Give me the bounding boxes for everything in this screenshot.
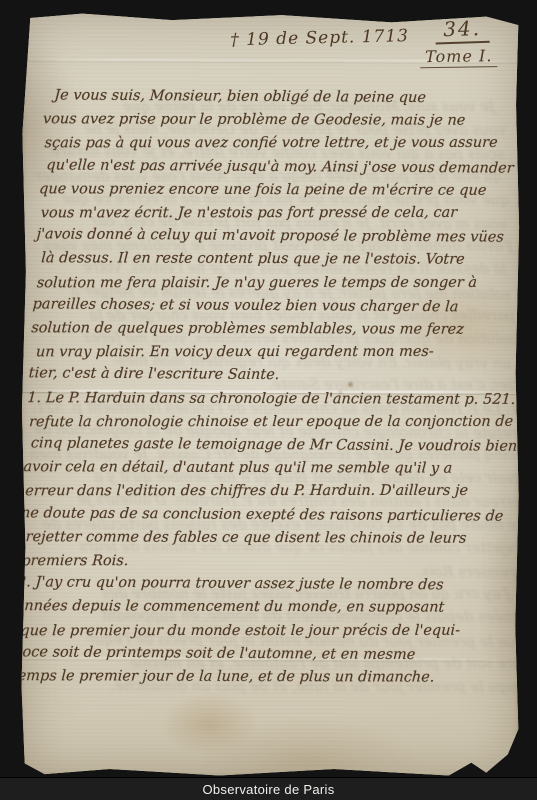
manuscript-line: noce soit de printemps soit de l'automne… (20, 641, 502, 668)
manuscript-line: vous avez prise pour le problème de Geod… (42, 108, 521, 133)
manuscript-line: un vray plaisir. En voicy deux qui regar… (35, 341, 518, 365)
date-annotation: † 19 de Sept. 1713 (230, 26, 409, 50)
manuscript-line: là dessus. Il en reste content plus que … (41, 248, 522, 273)
manuscript-line: qu'elle n'est pas arrivée jusqu'à moy. A… (46, 154, 522, 181)
caption-text: Observatoire de Paris (202, 782, 334, 797)
document-number: 34. (435, 16, 490, 45)
manuscript-line: que le premier jour du monde estoit le j… (20, 619, 503, 643)
manuscript-line: solution de quelques problèmes semblable… (31, 317, 520, 342)
manuscript-line: erreur dans l'edition des chiffres du P.… (25, 480, 511, 504)
volume-label: Tome I. (420, 46, 497, 68)
manuscript-line: vous m'avez écrit. Je n'estois pas fort … (40, 202, 521, 226)
manuscript-line: avoir cela en détail, d'autant plus qu'i… (23, 456, 512, 481)
manuscript-line: refute la chronologie chinoise et leur e… (28, 411, 514, 435)
manuscript-line: rejetter comme des fables ce que disent … (25, 526, 508, 551)
manuscript-line: Je vous suis, Monsieur, bien obligé de l… (54, 84, 522, 111)
caption-bar: Observatoire de Paris (0, 777, 537, 800)
manuscript-line: années depuis le commencement du monde, … (20, 596, 505, 621)
photo-background: † 19 de Sept. 1713 34. Tome I. Je vous s… (0, 0, 537, 800)
manuscript-line: tier, c'est à dire l'escriture Sainte. (28, 363, 517, 390)
manuscript-line: 1. Le P. Harduin dans sa chronologie de … (27, 387, 516, 412)
manuscript-line: 2. J'ay cru qu'on pourra trouver assez j… (20, 572, 506, 599)
manuscript-line: ne doute pas de sa conclusion exepté des… (20, 502, 509, 529)
manuscript-line: sçais pas à qui vous avez confié votre l… (44, 132, 521, 156)
manuscript-page: † 19 de Sept. 1713 34. Tome I. Je vous s… (20, 11, 522, 779)
manuscript-body: Je vous suis, Monsieur, bien obligé de l… (20, 85, 522, 690)
manuscript-line: pareilles choses; et si vous voulez bien… (32, 293, 521, 320)
manuscript-line: temps le premier jour de la lune, et de … (20, 665, 501, 690)
manuscript-line: solution me fera plaisir. Je n'ay gueres… (36, 271, 521, 295)
manuscript-line: premiers Rois. (21, 550, 507, 574)
manuscript-line: j'avois donné à celuy qui m'avoit propos… (36, 224, 522, 251)
manuscript-line: que vous preniez encore une fois la pein… (38, 178, 521, 203)
manuscript-line: cinq planetes gaste le temoignage de Mr … (30, 432, 513, 459)
